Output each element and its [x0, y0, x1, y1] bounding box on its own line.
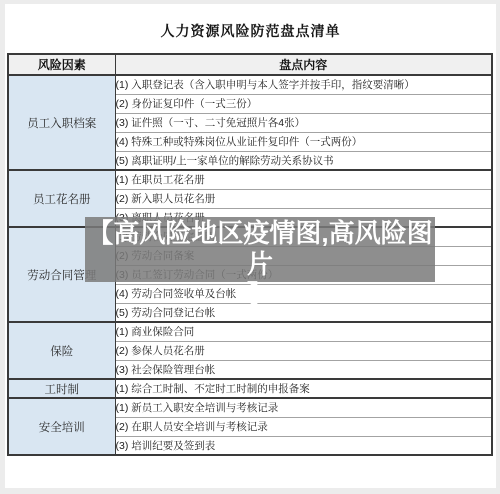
item-cell: (3) 证件照（一寸、二寸免冠照片各4张）: [115, 113, 492, 132]
table-row: 安全培训(1) 新员工入职安全培训与考核记录: [8, 398, 492, 417]
factor-cell: 保险: [8, 322, 115, 379]
item-cell: (1) 入职登记表（含入职申明与本人签字并按手印，指纹要清晰）: [115, 75, 492, 94]
factor-cell: 工时制: [8, 379, 115, 398]
item-cell: (5) 离职证明/上一家单位的解除劳动关系协议书: [115, 151, 492, 170]
item-cell: (1) 在职员工花名册: [115, 170, 492, 189]
header-row: 风险因素 盘点内容: [8, 54, 492, 75]
watermark-text-line-1: 【高风险地区疫情图,高风险图片: [85, 218, 435, 280]
item-cell: (4) 特殊工种或特殊岗位从业证件复印件（一式两份）: [115, 132, 492, 151]
item-cell: (2) 在职人员安全培训与考核记录: [115, 417, 492, 436]
item-cell: (2) 新入职人员花名册: [115, 189, 492, 208]
column-header-content: 盘点内容: [115, 54, 492, 75]
factor-cell: 员工入职档案: [8, 75, 115, 170]
item-cell: (2) 身份证复印件（一式三份）: [115, 94, 492, 113]
page-title: 人力资源风险防范盘点清单: [5, 21, 496, 41]
watermark-overlay: 【高风险地区疫情图,高风险图片 】: [85, 217, 435, 282]
table-row: 工时制(1) 综合工时制、不定时工时制的申报备案: [8, 379, 492, 398]
table-row: 保险(1) 商业保险合同: [8, 322, 492, 341]
page-background: 人力资源风险防范盘点清单 风险因素 盘点内容 员工入职档案(1) 入职登记表（含…: [0, 0, 500, 494]
table-row: 员工花名册(1) 在职员工花名册: [8, 170, 492, 189]
item-cell: (3) 社会保险管理台帐: [115, 360, 492, 379]
item-cell: (3) 培训纪要及签到表: [115, 436, 492, 455]
column-header-risk-factor: 风险因素: [8, 54, 115, 75]
watermark-text-line-2: 】: [85, 280, 435, 311]
item-cell: (1) 商业保险合同: [115, 322, 492, 341]
table-row: 员工入职档案(1) 入职登记表（含入职申明与本人签字并按手印，指纹要清晰）: [8, 75, 492, 94]
item-cell: (2) 参保人员花名册: [115, 341, 492, 360]
item-cell: (1) 综合工时制、不定时工时制的申报备案: [115, 379, 492, 398]
item-cell: (1) 新员工入职安全培训与考核记录: [115, 398, 492, 417]
factor-cell: 安全培训: [8, 398, 115, 455]
